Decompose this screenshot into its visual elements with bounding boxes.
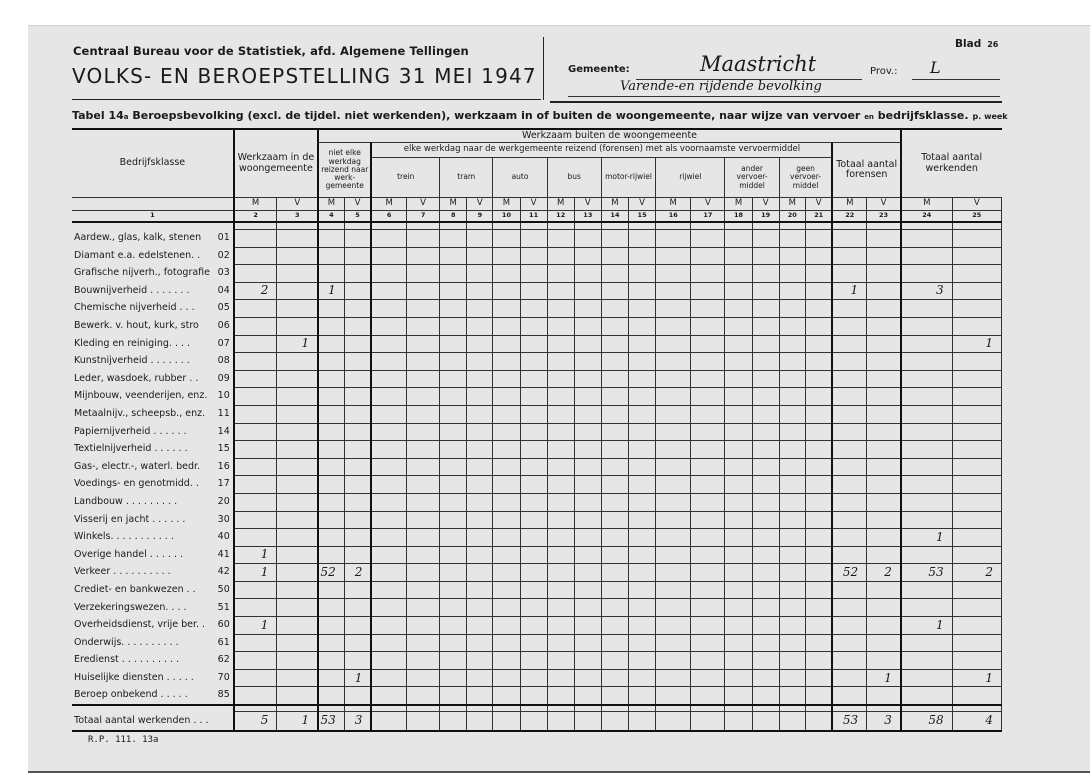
data-cell[interactable] <box>467 511 493 529</box>
data-cell[interactable] <box>805 247 832 265</box>
data-cell[interactable] <box>601 458 628 476</box>
data-cell[interactable] <box>867 546 901 564</box>
data-cell[interactable] <box>832 370 866 388</box>
data-cell[interactable] <box>344 247 371 265</box>
data-cell[interactable] <box>901 265 952 283</box>
data-cell[interactable] <box>318 458 344 476</box>
data-cell[interactable] <box>234 405 277 423</box>
data-cell[interactable] <box>371 652 406 670</box>
data-cell[interactable] <box>520 687 547 705</box>
data-cell[interactable]: 1 <box>277 335 318 353</box>
data-cell[interactable] <box>371 529 406 547</box>
data-cell[interactable] <box>318 581 344 599</box>
data-cell[interactable] <box>574 476 601 494</box>
data-cell[interactable] <box>277 529 318 547</box>
data-cell[interactable] <box>805 599 832 617</box>
data-cell[interactable] <box>601 687 628 705</box>
data-cell[interactable] <box>867 388 901 406</box>
data-cell[interactable] <box>691 652 725 670</box>
total-cell[interactable]: 53 <box>318 712 344 732</box>
data-cell[interactable] <box>493 441 520 459</box>
data-cell[interactable] <box>234 458 277 476</box>
data-cell[interactable] <box>277 476 318 494</box>
data-cell[interactable] <box>752 564 779 582</box>
data-cell[interactable] <box>277 317 318 335</box>
data-cell[interactable] <box>493 669 520 687</box>
data-cell[interactable] <box>407 581 440 599</box>
total-cell[interactable] <box>779 712 805 732</box>
data-cell[interactable] <box>832 493 866 511</box>
total-cell[interactable] <box>407 712 440 732</box>
data-cell[interactable] <box>691 317 725 335</box>
data-cell[interactable] <box>779 317 805 335</box>
data-cell[interactable] <box>832 687 866 705</box>
data-cell[interactable] <box>691 581 725 599</box>
data-cell[interactable] <box>805 511 832 529</box>
data-cell[interactable] <box>656 669 691 687</box>
data-cell[interactable] <box>656 599 691 617</box>
data-cell[interactable] <box>805 230 832 248</box>
data-cell[interactable] <box>277 617 318 635</box>
data-cell[interactable] <box>867 581 901 599</box>
data-cell[interactable] <box>440 599 467 617</box>
data-cell[interactable] <box>574 388 601 406</box>
data-cell[interactable] <box>547 581 574 599</box>
data-cell[interactable] <box>574 546 601 564</box>
data-cell[interactable] <box>656 617 691 635</box>
data-cell[interactable] <box>805 405 832 423</box>
data-cell[interactable] <box>344 617 371 635</box>
data-cell[interactable] <box>901 546 952 564</box>
data-cell[interactable] <box>520 370 547 388</box>
total-cell[interactable] <box>601 712 628 732</box>
data-cell[interactable] <box>407 493 440 511</box>
data-cell[interactable] <box>574 511 601 529</box>
total-cell[interactable] <box>547 712 574 732</box>
data-cell[interactable] <box>952 441 1001 459</box>
data-cell[interactable] <box>601 581 628 599</box>
total-cell[interactable] <box>371 712 406 732</box>
data-cell[interactable] <box>629 405 656 423</box>
data-cell[interactable] <box>344 546 371 564</box>
data-cell[interactable] <box>752 634 779 652</box>
data-cell[interactable] <box>493 405 520 423</box>
data-cell[interactable] <box>318 335 344 353</box>
data-cell[interactable] <box>805 476 832 494</box>
data-cell[interactable] <box>629 581 656 599</box>
data-cell[interactable] <box>629 564 656 582</box>
data-cell[interactable] <box>520 300 547 318</box>
data-cell[interactable] <box>779 546 805 564</box>
data-cell[interactable] <box>725 581 752 599</box>
data-cell[interactable] <box>520 353 547 371</box>
data-cell[interactable] <box>234 652 277 670</box>
data-cell[interactable]: 3 <box>901 282 952 300</box>
total-cell[interactable] <box>629 712 656 732</box>
data-cell[interactable] <box>371 335 406 353</box>
data-cell[interactable] <box>952 581 1001 599</box>
data-cell[interactable] <box>344 493 371 511</box>
data-cell[interactable] <box>547 669 574 687</box>
data-cell[interactable] <box>407 423 440 441</box>
data-cell[interactable] <box>574 652 601 670</box>
data-cell[interactable] <box>779 265 805 283</box>
data-cell[interactable] <box>574 564 601 582</box>
data-cell[interactable] <box>440 370 467 388</box>
data-cell[interactable] <box>407 564 440 582</box>
data-cell[interactable] <box>344 652 371 670</box>
data-cell[interactable] <box>493 546 520 564</box>
data-cell[interactable] <box>493 581 520 599</box>
data-cell[interactable] <box>725 687 752 705</box>
data-cell[interactable] <box>725 458 752 476</box>
data-cell[interactable] <box>725 405 752 423</box>
data-cell[interactable] <box>318 230 344 248</box>
data-cell[interactable] <box>547 282 574 300</box>
data-cell[interactable] <box>752 476 779 494</box>
data-cell[interactable] <box>601 669 628 687</box>
data-cell[interactable] <box>407 529 440 547</box>
data-cell[interactable] <box>407 247 440 265</box>
data-cell[interactable] <box>601 599 628 617</box>
data-cell[interactable] <box>805 282 832 300</box>
data-cell[interactable] <box>440 335 467 353</box>
data-cell[interactable] <box>520 405 547 423</box>
total-cell[interactable]: 53 <box>832 712 866 732</box>
data-cell[interactable] <box>779 335 805 353</box>
data-cell[interactable] <box>952 230 1001 248</box>
data-cell[interactable] <box>574 282 601 300</box>
data-cell[interactable] <box>574 529 601 547</box>
data-cell[interactable] <box>407 335 440 353</box>
data-cell[interactable] <box>574 458 601 476</box>
data-cell[interactable] <box>493 564 520 582</box>
data-cell[interactable]: 1 <box>952 335 1001 353</box>
data-cell[interactable] <box>467 687 493 705</box>
data-cell[interactable] <box>407 353 440 371</box>
data-cell[interactable] <box>277 423 318 441</box>
data-cell[interactable] <box>547 634 574 652</box>
data-cell[interactable] <box>832 634 866 652</box>
data-cell[interactable] <box>629 617 656 635</box>
data-cell[interactable] <box>752 335 779 353</box>
data-cell[interactable] <box>520 617 547 635</box>
data-cell[interactable] <box>547 335 574 353</box>
data-cell[interactable] <box>467 599 493 617</box>
data-cell[interactable] <box>691 300 725 318</box>
data-cell[interactable] <box>779 687 805 705</box>
data-cell[interactable] <box>440 317 467 335</box>
data-cell[interactable] <box>493 335 520 353</box>
data-cell[interactable] <box>318 353 344 371</box>
data-cell[interactable] <box>277 441 318 459</box>
data-cell[interactable] <box>779 353 805 371</box>
data-cell[interactable] <box>547 687 574 705</box>
data-cell[interactable] <box>407 458 440 476</box>
data-cell[interactable]: 1 <box>234 564 277 582</box>
data-cell[interactable] <box>371 405 406 423</box>
data-cell[interactable] <box>601 282 628 300</box>
data-cell[interactable] <box>952 652 1001 670</box>
data-cell[interactable] <box>277 546 318 564</box>
data-cell[interactable] <box>867 300 901 318</box>
data-cell[interactable] <box>467 441 493 459</box>
data-cell[interactable] <box>867 476 901 494</box>
data-cell[interactable] <box>805 687 832 705</box>
data-cell[interactable] <box>344 476 371 494</box>
total-cell[interactable]: 4 <box>952 712 1001 732</box>
data-cell[interactable] <box>547 458 574 476</box>
data-cell[interactable] <box>318 300 344 318</box>
data-cell[interactable] <box>867 230 901 248</box>
data-cell[interactable] <box>234 247 277 265</box>
data-cell[interactable] <box>691 511 725 529</box>
total-cell[interactable]: 58 <box>901 712 952 732</box>
data-cell[interactable] <box>574 423 601 441</box>
data-cell[interactable] <box>725 546 752 564</box>
data-cell[interactable] <box>725 317 752 335</box>
data-cell[interactable] <box>779 581 805 599</box>
data-cell[interactable] <box>440 282 467 300</box>
data-cell[interactable] <box>493 687 520 705</box>
data-cell[interactable] <box>371 581 406 599</box>
data-cell[interactable] <box>691 617 725 635</box>
data-cell[interactable] <box>656 634 691 652</box>
data-cell[interactable] <box>691 282 725 300</box>
data-cell[interactable] <box>805 564 832 582</box>
data-cell[interactable] <box>601 476 628 494</box>
data-cell[interactable] <box>601 423 628 441</box>
data-cell[interactable] <box>867 529 901 547</box>
data-cell[interactable] <box>574 300 601 318</box>
data-cell[interactable] <box>493 282 520 300</box>
data-cell[interactable] <box>318 669 344 687</box>
data-cell[interactable] <box>520 458 547 476</box>
data-cell[interactable] <box>277 458 318 476</box>
data-cell[interactable] <box>407 282 440 300</box>
data-cell[interactable] <box>691 634 725 652</box>
data-cell[interactable] <box>520 423 547 441</box>
data-cell[interactable] <box>493 317 520 335</box>
data-cell[interactable] <box>440 581 467 599</box>
data-cell[interactable] <box>867 335 901 353</box>
data-cell[interactable] <box>371 634 406 652</box>
data-cell[interactable] <box>805 581 832 599</box>
data-cell[interactable] <box>318 546 344 564</box>
data-cell[interactable] <box>805 335 832 353</box>
data-cell[interactable] <box>277 300 318 318</box>
data-cell[interactable] <box>805 493 832 511</box>
data-cell[interactable] <box>467 581 493 599</box>
data-cell[interactable] <box>779 634 805 652</box>
data-cell[interactable] <box>520 335 547 353</box>
data-cell[interactable] <box>952 370 1001 388</box>
data-cell[interactable] <box>901 335 952 353</box>
data-cell[interactable] <box>656 581 691 599</box>
data-cell[interactable] <box>832 511 866 529</box>
data-cell[interactable] <box>467 353 493 371</box>
data-cell[interactable] <box>691 458 725 476</box>
data-cell[interactable] <box>805 529 832 547</box>
data-cell[interactable] <box>407 317 440 335</box>
data-cell[interactable] <box>601 247 628 265</box>
data-cell[interactable] <box>440 300 467 318</box>
data-cell[interactable] <box>901 511 952 529</box>
data-cell[interactable] <box>407 476 440 494</box>
data-cell[interactable] <box>371 546 406 564</box>
data-cell[interactable]: 2 <box>344 564 371 582</box>
data-cell[interactable] <box>371 265 406 283</box>
data-cell[interactable] <box>344 634 371 652</box>
data-cell[interactable] <box>752 353 779 371</box>
data-cell[interactable] <box>691 370 725 388</box>
data-cell[interactable] <box>901 687 952 705</box>
data-cell[interactable] <box>901 317 952 335</box>
data-cell[interactable] <box>520 388 547 406</box>
data-cell[interactable] <box>691 265 725 283</box>
data-cell[interactable]: 1 <box>832 282 866 300</box>
data-cell[interactable] <box>725 529 752 547</box>
data-cell[interactable] <box>344 335 371 353</box>
data-cell[interactable] <box>407 546 440 564</box>
data-cell[interactable] <box>234 388 277 406</box>
data-cell[interactable] <box>752 458 779 476</box>
data-cell[interactable] <box>520 599 547 617</box>
data-cell[interactable] <box>547 599 574 617</box>
data-cell[interactable] <box>752 581 779 599</box>
data-cell[interactable]: 1 <box>318 282 344 300</box>
data-cell[interactable] <box>407 405 440 423</box>
data-cell[interactable] <box>691 230 725 248</box>
data-cell[interactable] <box>344 511 371 529</box>
data-cell[interactable] <box>234 476 277 494</box>
data-cell[interactable] <box>952 617 1001 635</box>
data-cell[interactable] <box>629 634 656 652</box>
data-cell[interactable] <box>779 617 805 635</box>
data-cell[interactable] <box>752 669 779 687</box>
data-cell[interactable] <box>234 265 277 283</box>
data-cell[interactable] <box>407 669 440 687</box>
data-cell[interactable] <box>234 669 277 687</box>
data-cell[interactable] <box>952 634 1001 652</box>
data-cell[interactable] <box>467 546 493 564</box>
data-cell[interactable] <box>344 370 371 388</box>
data-cell[interactable] <box>277 265 318 283</box>
data-cell[interactable] <box>832 335 866 353</box>
data-cell[interactable] <box>656 687 691 705</box>
data-cell[interactable] <box>318 529 344 547</box>
data-cell[interactable] <box>752 441 779 459</box>
data-cell[interactable] <box>867 599 901 617</box>
data-cell[interactable] <box>318 370 344 388</box>
data-cell[interactable] <box>691 423 725 441</box>
data-cell[interactable] <box>752 529 779 547</box>
data-cell[interactable] <box>574 441 601 459</box>
data-cell[interactable] <box>318 441 344 459</box>
data-cell[interactable] <box>344 423 371 441</box>
data-cell[interactable] <box>952 458 1001 476</box>
data-cell[interactable] <box>805 353 832 371</box>
data-cell[interactable] <box>547 265 574 283</box>
data-cell[interactable] <box>520 493 547 511</box>
data-cell[interactable] <box>725 652 752 670</box>
data-cell[interactable] <box>832 405 866 423</box>
data-cell[interactable] <box>656 511 691 529</box>
data-cell[interactable] <box>318 599 344 617</box>
data-cell[interactable] <box>318 493 344 511</box>
data-cell[interactable] <box>574 405 601 423</box>
data-cell[interactable] <box>574 247 601 265</box>
data-cell[interactable] <box>467 335 493 353</box>
data-cell[interactable] <box>234 353 277 371</box>
data-cell[interactable] <box>901 405 952 423</box>
data-cell[interactable] <box>318 388 344 406</box>
data-cell[interactable] <box>601 335 628 353</box>
data-cell[interactable] <box>467 388 493 406</box>
data-cell[interactable] <box>725 265 752 283</box>
data-cell[interactable]: 1 <box>344 669 371 687</box>
data-cell[interactable] <box>467 282 493 300</box>
data-cell[interactable] <box>629 493 656 511</box>
data-cell[interactable] <box>805 370 832 388</box>
total-cell[interactable]: 3 <box>867 712 901 732</box>
data-cell[interactable] <box>407 617 440 635</box>
data-cell[interactable] <box>344 388 371 406</box>
data-cell[interactable] <box>318 617 344 635</box>
data-cell[interactable] <box>407 388 440 406</box>
data-cell[interactable] <box>493 388 520 406</box>
data-cell[interactable] <box>371 300 406 318</box>
data-cell[interactable] <box>520 230 547 248</box>
data-cell[interactable] <box>691 476 725 494</box>
data-cell[interactable] <box>371 511 406 529</box>
data-cell[interactable] <box>629 282 656 300</box>
data-cell[interactable] <box>440 441 467 459</box>
data-cell[interactable] <box>832 669 866 687</box>
data-cell[interactable] <box>867 317 901 335</box>
data-cell[interactable] <box>440 247 467 265</box>
data-cell[interactable] <box>318 405 344 423</box>
data-cell[interactable] <box>371 230 406 248</box>
data-cell[interactable] <box>547 564 574 582</box>
data-cell[interactable] <box>867 265 901 283</box>
data-cell[interactable] <box>952 388 1001 406</box>
data-cell[interactable] <box>234 370 277 388</box>
data-cell[interactable] <box>832 581 866 599</box>
data-cell[interactable] <box>547 370 574 388</box>
data-cell[interactable] <box>832 230 866 248</box>
total-cell[interactable] <box>574 712 601 732</box>
data-cell[interactable] <box>520 476 547 494</box>
data-cell[interactable] <box>752 388 779 406</box>
data-cell[interactable] <box>832 476 866 494</box>
data-cell[interactable] <box>901 230 952 248</box>
data-cell[interactable] <box>277 370 318 388</box>
data-cell[interactable] <box>574 581 601 599</box>
data-cell[interactable] <box>547 405 574 423</box>
data-cell[interactable]: 52 <box>832 564 866 582</box>
data-cell[interactable] <box>725 335 752 353</box>
data-cell[interactable] <box>234 335 277 353</box>
data-cell[interactable] <box>574 265 601 283</box>
data-cell[interactable] <box>901 458 952 476</box>
data-cell[interactable] <box>691 529 725 547</box>
data-cell[interactable] <box>467 230 493 248</box>
data-cell[interactable] <box>656 564 691 582</box>
total-cell[interactable]: 3 <box>344 712 371 732</box>
data-cell[interactable] <box>574 335 601 353</box>
data-cell[interactable] <box>629 546 656 564</box>
